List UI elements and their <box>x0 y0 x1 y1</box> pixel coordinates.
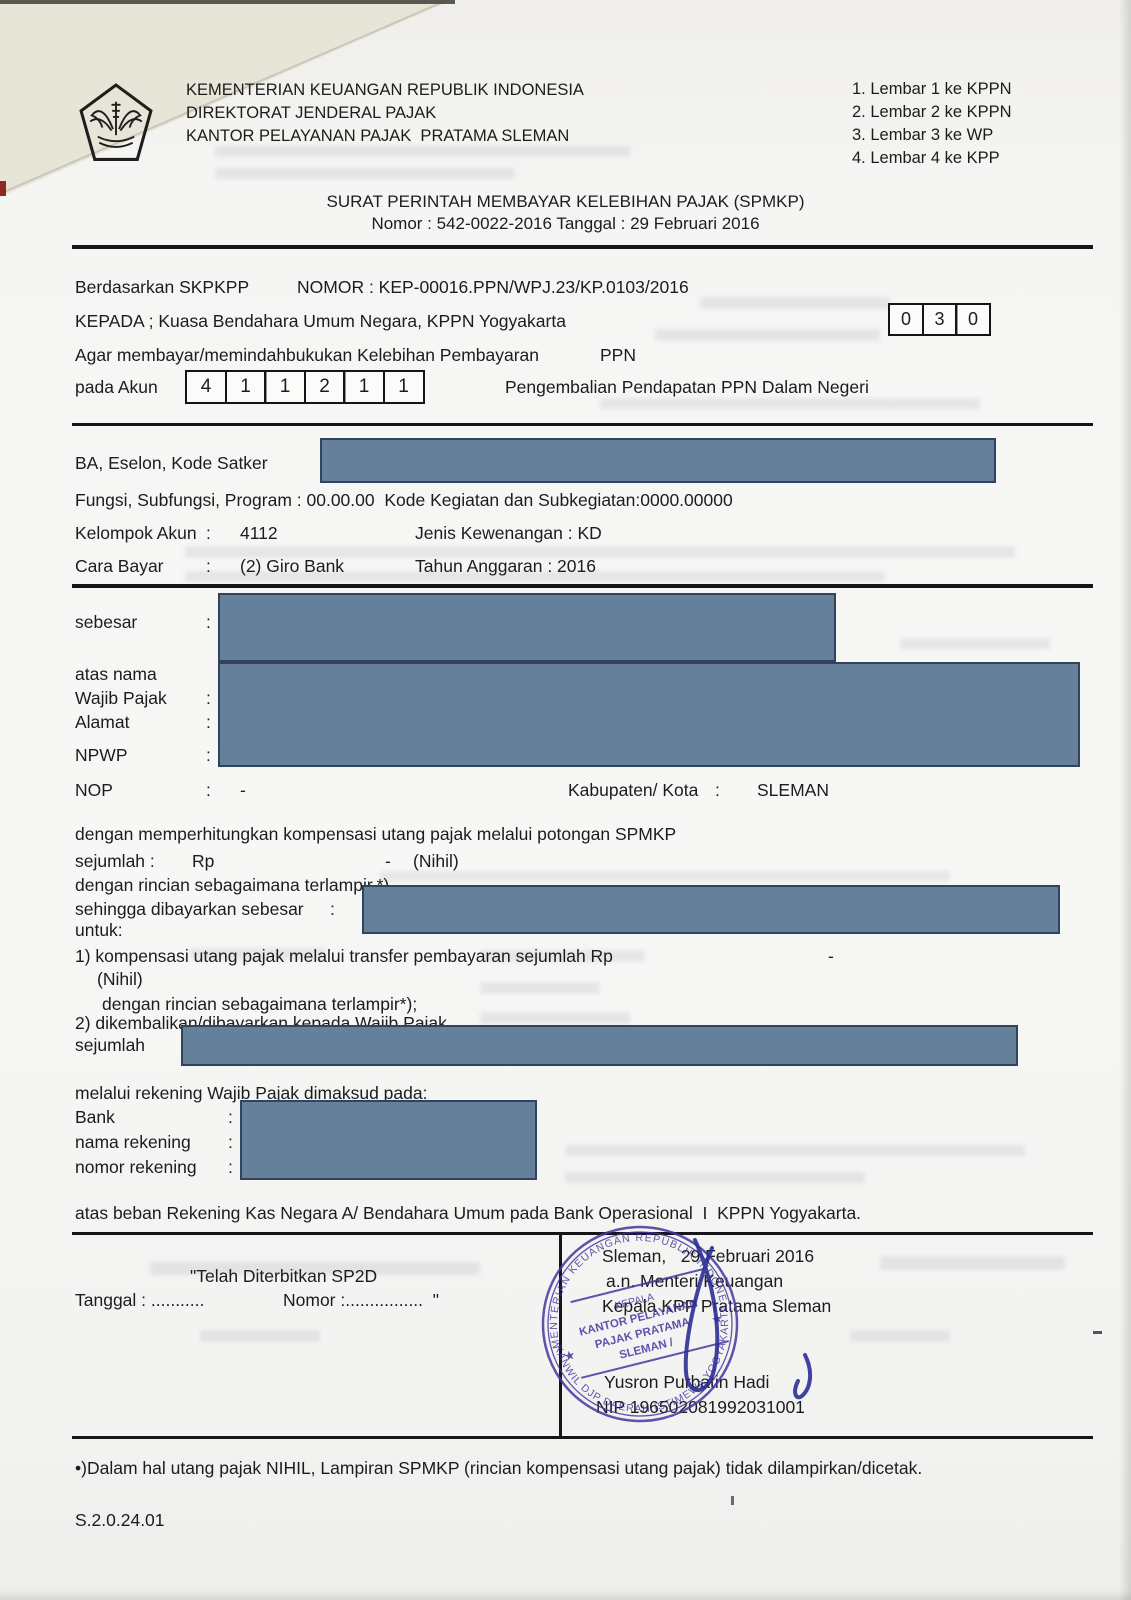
bleed-through-artifact <box>600 398 980 409</box>
colon: : <box>228 1107 233 1127</box>
org-line-1: KEMENTERIAN KEUANGAN REPUBLIK INDONESIA <box>186 81 584 100</box>
pada-akun-label: pada Akun <box>75 377 158 397</box>
bleed-through-artifact <box>200 1330 320 1342</box>
rule <box>72 245 1093 249</box>
document-page: KEMENTERIAN KEUANGAN REPUBLIK INDONESIA … <box>0 0 1131 1600</box>
colon: : <box>206 688 211 708</box>
rincian-line: dengan rincian sebagaimana terlampir.*) <box>75 875 389 895</box>
org-line-3: KANTOR PELAYANAN PAJAK PRATAMA SLEMAN <box>186 127 569 146</box>
colon: : <box>228 1157 233 1177</box>
bleed-through-artifact <box>380 871 950 881</box>
agar-line: Agar membayar/memindahbukukan Kelebihan … <box>75 345 539 365</box>
form-code: S.2.0.24.01 <box>75 1510 165 1530</box>
colon: : <box>715 780 720 800</box>
kepada-line: KEPADA ; Kuasa Bendahara Umum Negara, KP… <box>75 311 566 331</box>
redaction-box-paid-amount <box>362 885 1060 934</box>
akun-description: Pengembalian Pendapatan PPN Dalam Negeri <box>505 377 869 397</box>
redaction-box-taxpayer <box>218 662 1080 767</box>
colon: : <box>228 1132 233 1152</box>
redaction-box-satker <box>320 438 996 483</box>
sehingga-label: sehingga dibayarkan sebesar <box>75 899 304 919</box>
nop-value: - <box>240 780 246 800</box>
sejumlah-label: sejumlah : <box>75 851 155 871</box>
wajib-pajak-label: Wajib Pajak <box>75 688 167 708</box>
bleed-through-artifact <box>565 1172 865 1183</box>
signature-stroke <box>600 1230 860 1420</box>
bank-label: Bank <box>75 1107 115 1127</box>
bleed-through-artifact <box>565 1145 1025 1156</box>
akun-cell: 2 <box>304 370 346 404</box>
code-cell: 3 <box>922 303 958 336</box>
nihil-label: (Nihil) <box>413 851 459 871</box>
colon: : <box>206 556 211 576</box>
scan-speck <box>731 1496 734 1505</box>
code-cell: 0 <box>888 303 924 336</box>
rule <box>72 1436 1093 1439</box>
kabupaten-value: SLEMAN <box>757 780 829 800</box>
stamp-star-left: ★ <box>562 1347 577 1364</box>
amount-dash: - <box>828 946 834 966</box>
bleed-through-artifact <box>700 297 890 309</box>
item1-line: 1) kompensasi utang pajak melalui transf… <box>75 946 613 966</box>
kompensasi-line: dengan memperhitungkan kompensasi utang … <box>75 824 676 844</box>
doc-title: SURAT PERINTAH MEMBAYAR KELEBIHAN PAJAK … <box>0 192 1131 212</box>
redaction-box-refund-amount <box>181 1025 1018 1066</box>
akun-cell: 1 <box>225 370 267 404</box>
rp-label: Rp <box>192 851 214 871</box>
bleed-through-artifact <box>480 1012 630 1024</box>
footnote: •)Dalam hal utang pajak NIHIL, Lampiran … <box>75 1458 922 1478</box>
distribution-item: 1. Lembar 1 ke KPPN <box>852 80 1012 99</box>
bleed-through-artifact <box>900 638 1050 649</box>
atas-nama-label: atas nama <box>75 664 157 684</box>
alamat-label: Alamat <box>75 712 129 732</box>
npwp-label: NPWP <box>75 745 128 765</box>
cara-bayar-label: Cara Bayar <box>75 556 164 576</box>
fungsi-line: Fungsi, Subfungsi, Program : 00.00.00 Ko… <box>75 490 733 510</box>
kewenangan-line: Jenis Kewenangan : KD <box>415 523 602 543</box>
kemenkeu-logo <box>78 82 154 164</box>
bleed-through-artifact <box>655 329 880 341</box>
sp2d-note-line1: "Telah Diterbitkan SP2D <box>190 1266 377 1286</box>
bleed-through-artifact <box>215 168 515 179</box>
bleed-through-artifact <box>850 1330 950 1342</box>
distribution-item: 4. Lembar 4 ke KPP <box>852 149 1000 168</box>
nama-rekening-label: nama rekening <box>75 1132 191 1152</box>
bleed-through-artifact <box>880 1256 1065 1270</box>
item1-nihil: (Nihil) <box>97 969 143 989</box>
nomor-rekening-label: nomor rekening <box>75 1157 197 1177</box>
colon: : <box>206 745 211 765</box>
bleed-through-artifact <box>215 146 630 157</box>
account-code-boxes: 4 1 1 2 1 1 <box>185 370 425 404</box>
nop-label: NOP <box>75 780 113 800</box>
sebesar-label: sebesar <box>75 612 137 632</box>
redaction-box-amount <box>218 593 836 662</box>
sp2d-tanggal: Tanggal : ........... <box>75 1290 204 1310</box>
scan-bottom-shadow <box>0 1590 1131 1600</box>
item2-sejumlah-label: sejumlah <box>75 1035 145 1055</box>
cara-bayar-value: (2) Giro Bank <box>240 556 344 576</box>
bleed-through-artifact <box>480 982 600 994</box>
distribution-item: 3. Lembar 3 ke WP <box>852 126 993 145</box>
kabupaten-label: Kabupaten/ Kota <box>568 780 698 800</box>
untuk-label: untuk: <box>75 920 123 940</box>
colon: : <box>330 899 335 919</box>
skpkpp-number: NOMOR : KEP-00016.PPN/WPJ.23/KP.0103/201… <box>297 277 689 297</box>
org-line-2: DIREKTORAT JENDERAL PAJAK <box>186 104 436 123</box>
scan-top-edge <box>0 0 455 4</box>
tahun-anggaran: Tahun Anggaran : 2016 <box>415 556 596 576</box>
kelompok-label: Kelompok Akun <box>75 523 197 543</box>
rule <box>72 584 1093 588</box>
item1-rincian: dengan rincian sebagaimana terlampir*); <box>102 994 417 1014</box>
rule <box>72 423 1093 426</box>
akun-cell: 4 <box>185 370 227 404</box>
colon: : <box>206 523 211 543</box>
code-cell: 0 <box>955 303 991 336</box>
sp2d-nomor: Nomor :................ " <box>283 1290 439 1310</box>
doc-number-date: Nomor : 542-0022-2016 Tanggal : 29 Febru… <box>0 214 1131 234</box>
akun-cell: 1 <box>264 370 306 404</box>
distribution-item: 2. Lembar 2 ke KPPN <box>852 103 1012 122</box>
akun-cell: 1 <box>343 370 385 404</box>
redaction-box-bank-details <box>240 1100 537 1180</box>
amount-dash: - <box>385 851 391 871</box>
scan-speck <box>1093 1331 1102 1334</box>
colon: : <box>206 712 211 732</box>
akun-cell: 1 <box>383 370 425 404</box>
colon: : <box>206 612 211 632</box>
colon: : <box>206 780 211 800</box>
tax-type: PPN <box>600 345 636 365</box>
berdasarkan-label: Berdasarkan SKPKPP <box>75 277 249 297</box>
kelompok-value: 4112 <box>240 523 278 543</box>
office-code-boxes: 0 3 0 <box>888 303 991 336</box>
scan-right-shadow <box>1119 0 1131 1600</box>
ba-eselon-label: BA, Eselon, Kode Satker <box>75 453 268 473</box>
